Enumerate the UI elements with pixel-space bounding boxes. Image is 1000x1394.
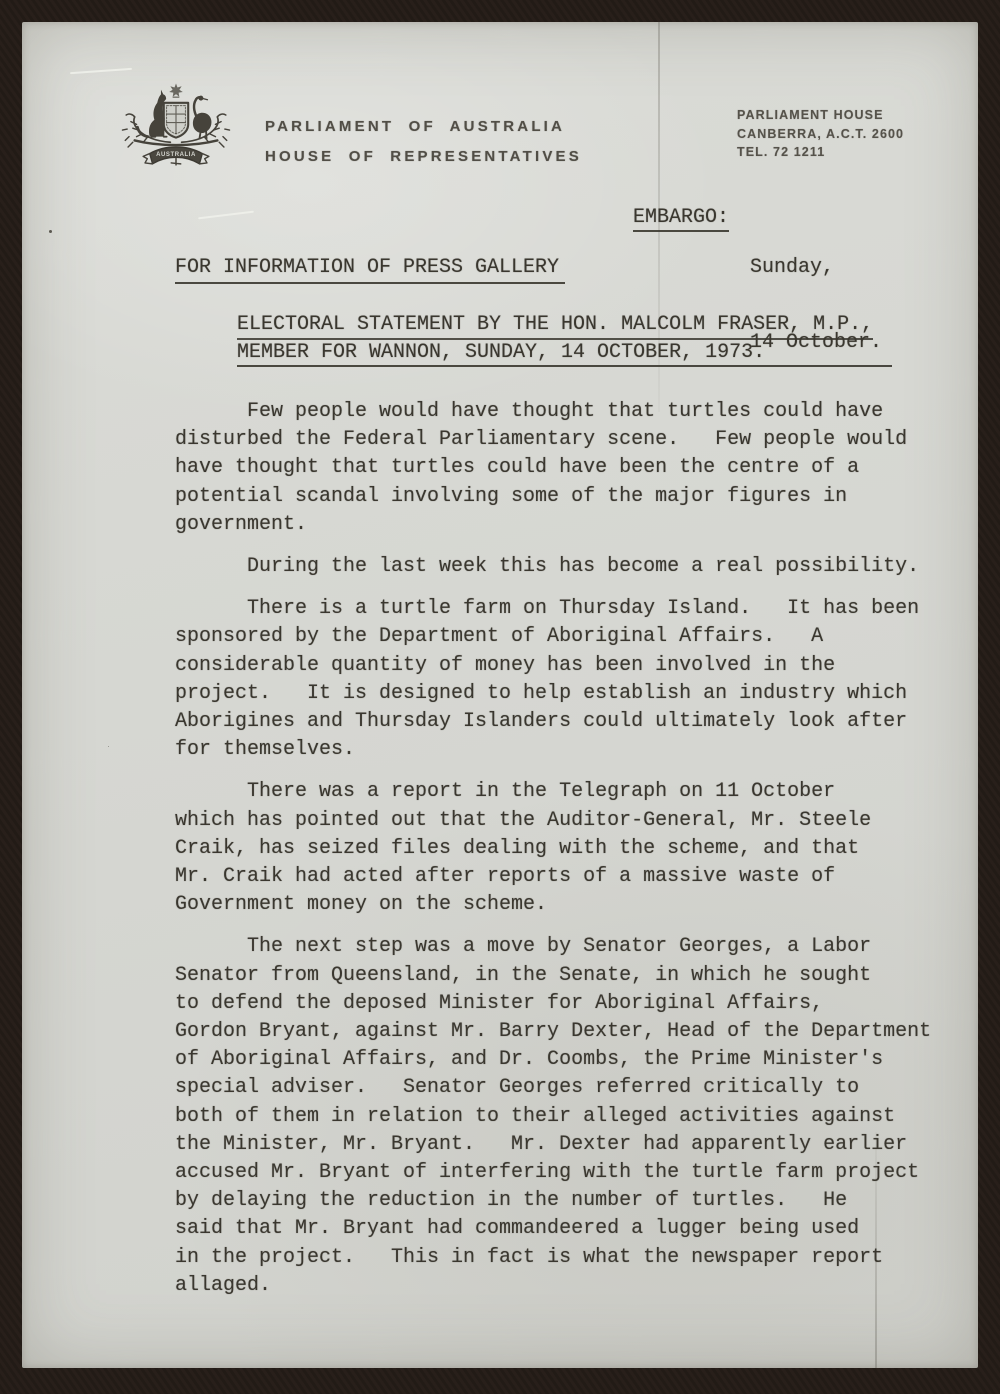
paragraph-1: Few people would have thought that turtl… — [175, 398, 955, 539]
statement-title-line1: ELECTORAL STATEMENT BY THE HON. MALCOLM … — [237, 312, 873, 340]
letterhead-org-line1: PARLIAMENT OF AUSTRALIA — [265, 112, 582, 142]
letterhead-address-line3: TEL. 72 1211 — [737, 143, 904, 162]
document-body: Few people would have thought that turtl… — [175, 398, 955, 1314]
letterhead-org-line2: HOUSE OF REPRESENTATIVES — [265, 142, 582, 172]
embargo-date: Sunday, 14 October. — [750, 205, 882, 405]
paper-scratch — [198, 211, 254, 220]
paper-scratch — [70, 68, 132, 74]
paragraph-5: The next step was a move by Senator Geor… — [175, 933, 955, 1300]
statement-title: ELECTORAL STATEMENT BY THE HON. MALCOLM … — [237, 312, 892, 367]
paragraph-4: There was a report in the Telegraph on 1… — [175, 778, 955, 919]
crest-banner-label: AUSTRALIA — [156, 152, 196, 158]
embargo-date-line1: Sunday, — [750, 255, 882, 280]
australian-coat-of-arms-icon: AUSTRALIA — [114, 80, 238, 182]
paragraph-2: During the last week this has become a r… — [175, 553, 955, 581]
letterhead-address: PARLIAMENT HOUSE CANBERRA, A.C.T. 2600 T… — [737, 106, 904, 162]
letterhead-address-line1: PARLIAMENT HOUSE — [737, 106, 904, 125]
scanned-press-release: { "document": { "letterhead": { "crest_i… — [0, 0, 1000, 1394]
embargo-label: EMBARGO: — [633, 205, 729, 230]
distribution-heading: FOR INFORMATION OF PRESS GALLERY — [175, 256, 565, 284]
letterhead-address-line2: CANBERRA, A.C.T. 2600 — [737, 125, 904, 144]
paragraph-3: There is a turtle farm on Thursday Islan… — [175, 595, 955, 764]
statement-title-line2: MEMBER FOR WANNON, SUNDAY, 14 OCTOBER, 1… — [237, 340, 892, 368]
paper-speck — [49, 230, 52, 233]
document-page: AUSTRALIA PARLIAMENT OF AUSTRALIA HOUSE … — [22, 22, 978, 1368]
letterhead-organisation: PARLIAMENT OF AUSTRALIA HOUSE OF REPRESE… — [265, 112, 582, 172]
